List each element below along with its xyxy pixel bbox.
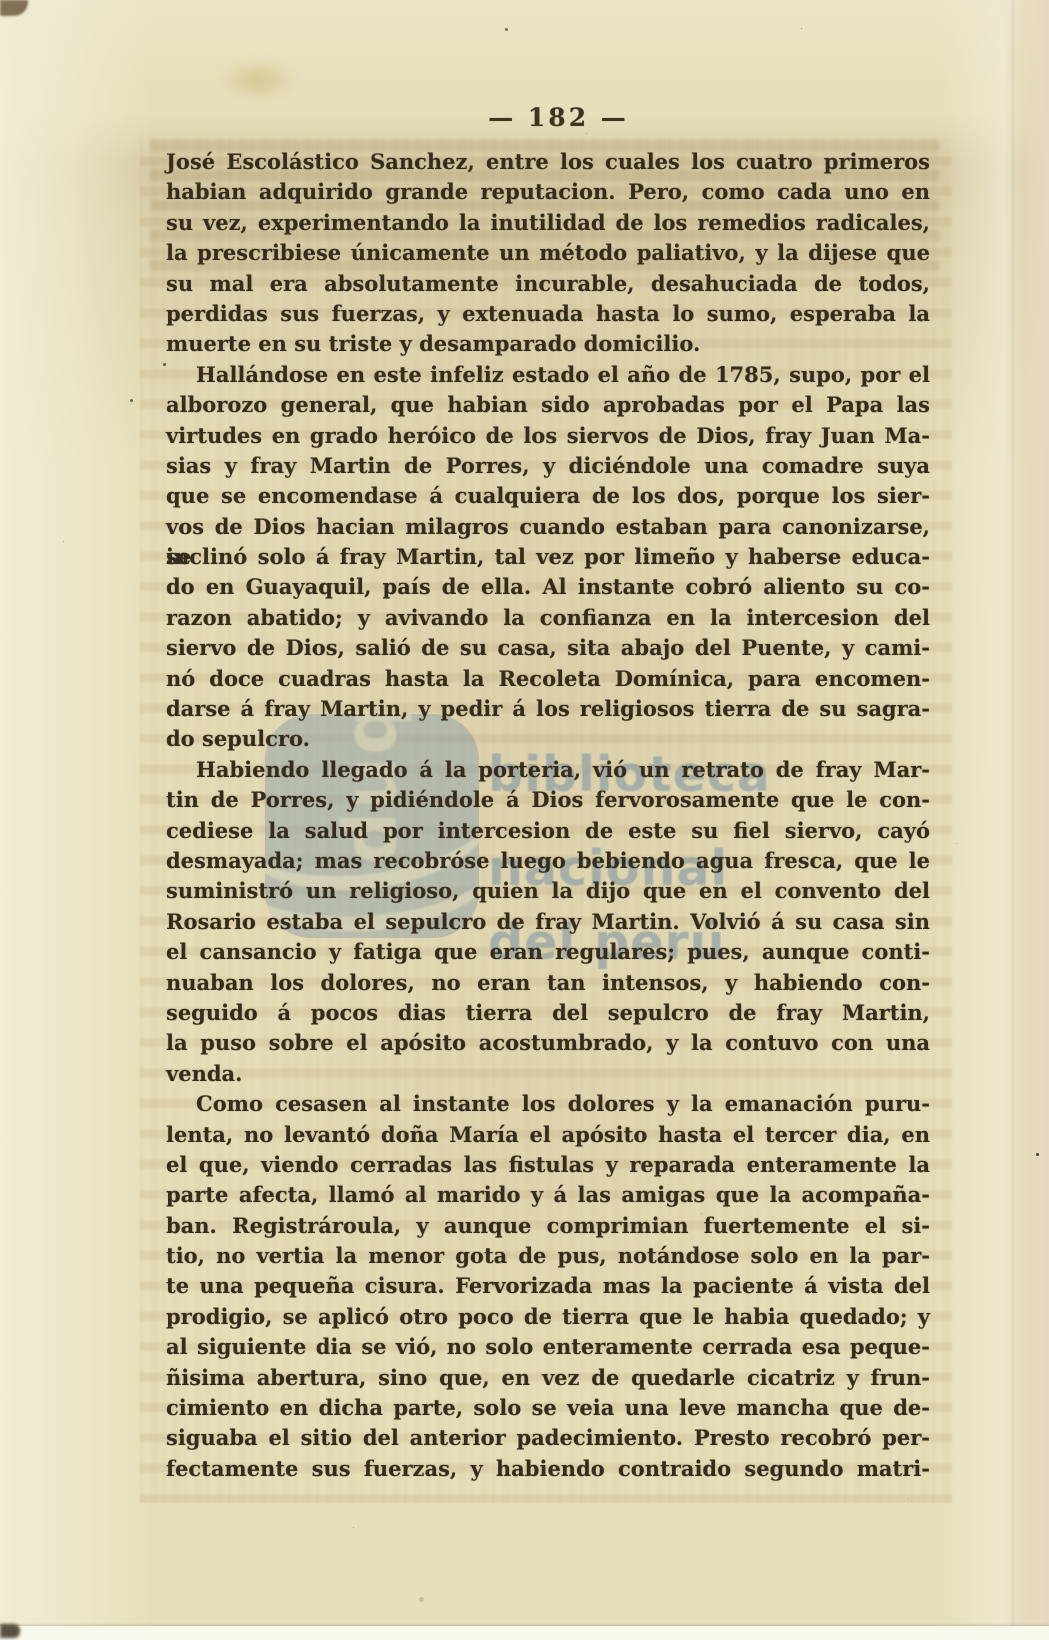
text-line: tio, no vertia la menor gota de pus, not… (166, 1241, 930, 1271)
text-line: habian adquirido grande reputacion. Pero… (166, 177, 930, 207)
text-line: alborozo general, que habian sido aproba… (166, 390, 930, 420)
text-line: que se encomendase á cualquiera de los d… (166, 481, 930, 511)
text-line: suministró un religioso, quien la dijo q… (166, 876, 930, 906)
text-line: siguaba el sitio del anterior padecimien… (166, 1423, 930, 1453)
text-line: virtudes en grado heróico de los siervos… (166, 421, 930, 451)
text-line: su vez, experimentando la inutilidad de … (166, 208, 930, 238)
text-line: ban. Registrároula, y aunque comprimian … (166, 1211, 930, 1241)
text-line: su mal era absolutamente incurable, desa… (166, 269, 930, 299)
text-line: cediese la salud por intercesion de este… (166, 816, 930, 846)
text-line: te una pequeña cisura. Fervorizada mas l… (166, 1271, 930, 1301)
text-line: prodigio, se aplicó otro poco de tierra … (166, 1302, 930, 1332)
text-line: vos de Dios hacian milagros cuando estab… (166, 512, 930, 542)
text-line: do en Guayaquil, país de ella. Al instan… (166, 572, 930, 602)
text-line: el que, viendo cerradas las fistulas y r… (166, 1150, 930, 1180)
text-line: muerte en su triste y desamparado domici… (166, 329, 930, 359)
text-line: fectamente sus fuerzas, y habiendo contr… (166, 1454, 930, 1484)
text-line: seguido á pocos dias tierra del sepulcro… (166, 998, 930, 1028)
text-line: siervo de Dios, salió de su casa, sita a… (166, 633, 930, 663)
text-line: sias y fray Martin de Porres, y diciéndo… (166, 451, 930, 481)
text-line: nó doce cuadras hasta la Recoleta Domíni… (166, 664, 930, 694)
text-line: al siguiente dia se vió, no solo enteram… (166, 1332, 930, 1362)
text-line: parte afecta, llamó al marido y á las am… (166, 1180, 930, 1210)
scanned-book-page: bnp biblioteca nacional del perú — 182 —… (0, 0, 1049, 1640)
text-line: Hallándose en este infeliz estado el año… (166, 360, 930, 390)
text-line: inclinó solo á fray Martin, tal vez por … (166, 542, 930, 572)
corner-blot (0, 1624, 20, 1638)
text-line: perdidas sus fuerzas, y extenuada hasta … (166, 299, 930, 329)
text-line: ñisima abertura, sino que, en vez de que… (166, 1363, 930, 1393)
text-line: Como cesasen al instante los dolores y l… (166, 1089, 930, 1119)
text-line: do sepulcro. (166, 724, 930, 754)
text-line: tin de Porres, y pidiéndole á Dios fervo… (166, 785, 930, 815)
page-number: — 182 — (34, 103, 1049, 132)
text-line: desmayada; mas recobróse luego bebiendo … (166, 846, 930, 876)
text-line: el cansancio y fatiga que eran regulares… (166, 937, 930, 967)
text-line: la prescribiese únicamente un método pal… (166, 238, 930, 268)
text-line: Rosario estaba el sepulcro de fray Marti… (166, 907, 930, 937)
text-line: venda. (166, 1059, 930, 1089)
text-line: razon abatido; y avivando la confianza e… (166, 603, 930, 633)
text-line: José Escolástico Sanchez, entre los cual… (166, 147, 930, 177)
text-line: la puso sobre el apósito acostumbrado, y… (166, 1028, 930, 1058)
text-line: Habiendo llegado á la porteria, vió un r… (166, 755, 930, 785)
text-line: darse á fray Martin, y pedir á los relig… (166, 694, 930, 724)
page-edge-line (1012, 0, 1014, 1640)
text-line: cimiento en dicha parte, solo se veia un… (166, 1393, 930, 1423)
paper-stain (218, 58, 298, 102)
body-text: José Escolástico Sanchez, entre los cual… (166, 147, 930, 1484)
corner-mark (0, 0, 28, 16)
text-line: lenta, no levantó doña María el apósito … (166, 1120, 930, 1150)
text-line: nuaban los dolores, no eran tan intensos… (166, 968, 930, 998)
page-edge-strip (0, 1626, 1049, 1640)
